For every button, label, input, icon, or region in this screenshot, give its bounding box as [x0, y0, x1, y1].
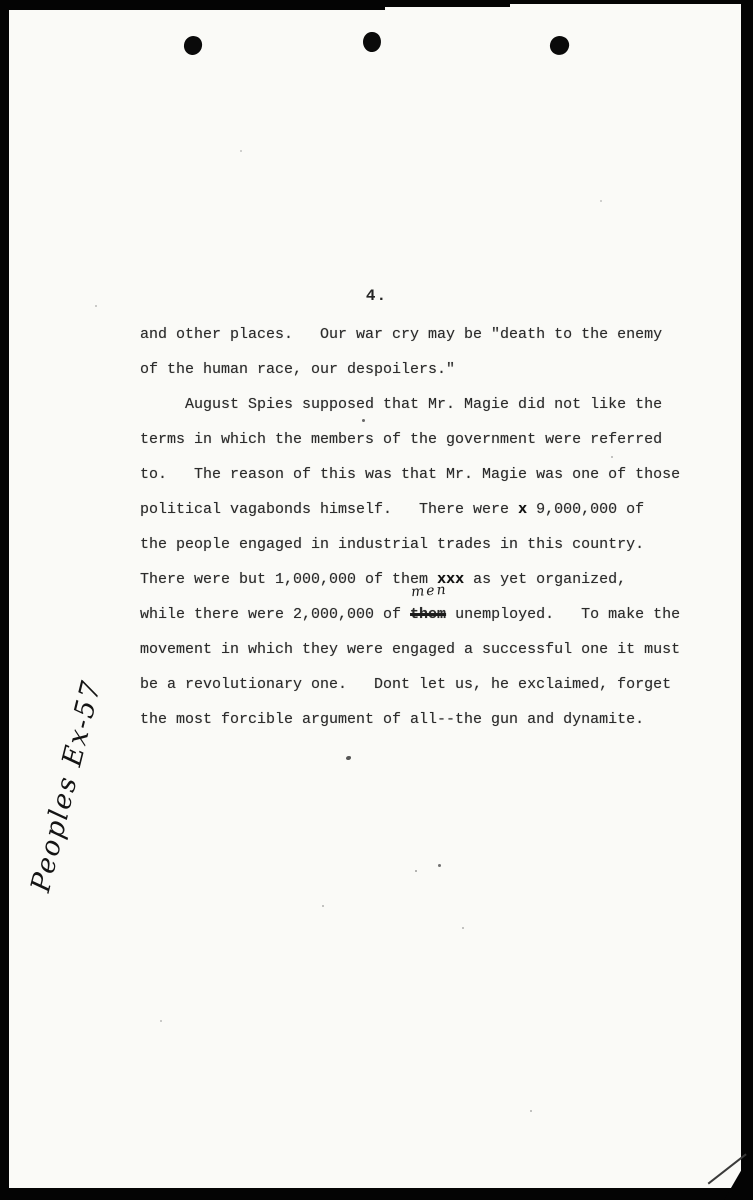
typed-line: be a revolutionary one. Dont let us, he …	[140, 667, 720, 702]
typed-line: the most forcible argument of all--the g…	[140, 702, 720, 737]
scanned-document-page: 4. and other places. Our war cry may be …	[0, 0, 753, 1200]
typed-segment: unemployed. To make the	[446, 606, 680, 623]
overstruck-character: x	[518, 501, 527, 518]
typed-line: political vagabonds himself. There were …	[140, 492, 720, 527]
ink-speck	[322, 905, 324, 907]
typed-segment: political vagabonds himself. There were	[140, 501, 518, 518]
ink-speck	[346, 756, 351, 760]
typed-segment: There were but 1,000,000 of them	[140, 571, 437, 588]
ink-speck	[462, 927, 464, 929]
ink-speck	[530, 1110, 532, 1112]
scan-border-right	[741, 0, 753, 1200]
typed-segment: while there were 2,000,000 of	[140, 606, 410, 623]
corrected-word: menthem	[410, 597, 446, 632]
typed-line: to. The reason of this was that Mr. Magi…	[140, 457, 720, 492]
typed-segment: as yet organized,	[464, 571, 626, 588]
typed-line: movement in which they were engaged a su…	[140, 632, 720, 667]
punch-hole	[362, 31, 382, 53]
ink-speck	[611, 456, 613, 458]
typed-text-block: and other places. Our war cry may be "de…	[140, 317, 720, 737]
punch-hole	[548, 34, 571, 57]
typed-line: and other places. Our war cry may be "de…	[140, 317, 720, 352]
handwritten-correction: men	[411, 583, 448, 600]
struck-out-word: them	[410, 606, 446, 623]
typed-line: August Spies supposed that Mr. Magie did…	[140, 387, 720, 422]
ink-speck	[362, 419, 365, 422]
typed-line: terms in which the members of the govern…	[140, 422, 720, 457]
ink-speck	[438, 864, 441, 867]
ink-speck	[95, 305, 97, 307]
exhibit-stamp-handwriting: Peoples Ex-57	[19, 660, 114, 911]
scan-border-bottom	[0, 1188, 753, 1200]
ink-speck	[600, 200, 602, 202]
ink-speck	[240, 150, 242, 152]
scan-border-top	[0, 0, 385, 10]
page-number: 4.	[0, 287, 753, 305]
ink-speck	[160, 1020, 162, 1022]
ink-speck	[415, 870, 417, 872]
typed-line: the people engaged in industrial trades …	[140, 527, 720, 562]
typed-line: of the human race, our despoilers."	[140, 352, 720, 387]
typed-line: while there were 2,000,000 of menthem un…	[140, 597, 720, 632]
scan-border-left	[0, 0, 9, 1200]
typed-segment: 9,000,000 of	[527, 501, 644, 518]
punch-hole	[183, 35, 203, 56]
